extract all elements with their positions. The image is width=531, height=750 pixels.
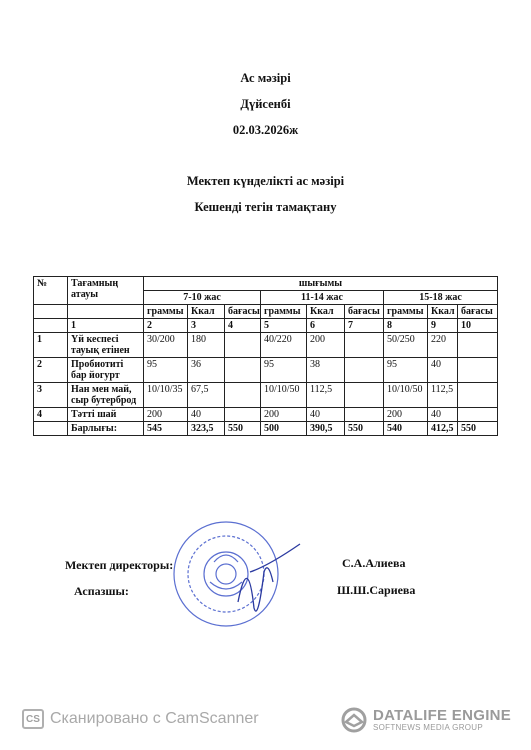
age-group-15-18: 15-18 жас <box>384 291 498 305</box>
row-value <box>345 333 384 358</box>
table-row: 4Тәтті шай200402004020040 <box>34 408 498 422</box>
row-value: 40 <box>188 408 225 422</box>
official-stamp-icon <box>168 512 306 634</box>
cook-label: Аспазшы: <box>74 584 129 599</box>
col-index: 1 <box>68 319 144 333</box>
col-name-header: Тағамның атауы <box>68 277 144 305</box>
camscanner-watermark: CS Сканировано с CamScanner <box>22 709 259 729</box>
row-value: 30/200 <box>144 333 188 358</box>
col-index: 10 <box>458 319 498 333</box>
row-value: 40/220 <box>261 333 307 358</box>
col-index: 2 <box>144 319 188 333</box>
subheader-grams: граммы <box>261 305 307 319</box>
total-value: 323,5 <box>188 422 225 436</box>
row-value <box>345 383 384 408</box>
row-value: 67,5 <box>188 383 225 408</box>
subheader-kcal: Ккал <box>307 305 345 319</box>
row-value: 180 <box>188 333 225 358</box>
row-value <box>345 358 384 383</box>
row-value: 112,5 <box>428 383 458 408</box>
camscanner-text: Сканировано с CamScanner <box>50 710 259 728</box>
row-number: 4 <box>34 408 68 422</box>
subheader-kcal: Ккал <box>188 305 225 319</box>
total-value: 390,5 <box>307 422 345 436</box>
row-value: 200 <box>261 408 307 422</box>
row-value: 95 <box>261 358 307 383</box>
col-number-header: № <box>34 277 68 305</box>
row-value: 95 <box>144 358 188 383</box>
row-value: 200 <box>384 408 428 422</box>
row-value <box>458 408 498 422</box>
col-index: 5 <box>261 319 307 333</box>
row-number: 1 <box>34 333 68 358</box>
col-index: 3 <box>188 319 225 333</box>
program-title: Кешенді тегін тамақтану <box>0 200 531 215</box>
row-value: 200 <box>307 333 345 358</box>
row-value <box>225 383 261 408</box>
row-value <box>458 358 498 383</box>
datalife-logo-icon <box>340 706 368 734</box>
datalife-title: DATALIFE ENGINE <box>373 708 511 723</box>
dish-name: Пробиотиті бар йогурт <box>68 358 144 383</box>
row-value <box>458 333 498 358</box>
document-title: Ас мәзірі <box>0 71 531 86</box>
total-row: Барлығы: 545 323,5 550 500 390,5 550 540… <box>34 422 498 436</box>
age-group-11-14: 11-14 жас <box>261 291 384 305</box>
subheader-row: граммы Ккал бағасы граммы Ккал бағасы гр… <box>34 305 498 319</box>
index-row: 1 2 3 4 5 6 7 8 9 10 <box>34 319 498 333</box>
camscanner-logo-icon: CS <box>22 709 44 729</box>
day-of-week: Дүйсенбі <box>0 97 531 112</box>
director-label: Мектеп директоры: <box>65 558 173 573</box>
row-value <box>225 408 261 422</box>
total-value: 550 <box>225 422 261 436</box>
row-value <box>225 358 261 383</box>
col-index: 9 <box>428 319 458 333</box>
dish-name: Үй кеспесі тауық етінен <box>68 333 144 358</box>
total-value: 540 <box>384 422 428 436</box>
table-row: 2Пробиотиті бар йогурт953695389540 <box>34 358 498 383</box>
total-value: 412,5 <box>428 422 458 436</box>
row-value: 40 <box>307 408 345 422</box>
age-group-7-10: 7-10 жас <box>144 291 261 305</box>
subheader-kcal: Ккал <box>428 305 458 319</box>
row-value <box>458 383 498 408</box>
total-value: 545 <box>144 422 188 436</box>
header-row-1: № Тағамның атауы шығымы <box>34 277 498 291</box>
row-value: 220 <box>428 333 458 358</box>
row-value: 10/10/50 <box>261 383 307 408</box>
col-index: 6 <box>307 319 345 333</box>
row-value: 10/10/35 <box>144 383 188 408</box>
datalife-watermark: DATALIFE ENGINE SOFTNEWS MEDIA GROUP <box>340 706 511 734</box>
dish-name: Тәтті шай <box>68 408 144 422</box>
table-row: 1Үй кеспесі тауық етінен30/20018040/2202… <box>34 333 498 358</box>
total-value: 500 <box>261 422 307 436</box>
col-output-header: шығымы <box>144 277 498 291</box>
subheader-grams: граммы <box>144 305 188 319</box>
menu-table: № Тағамның атауы шығымы 7-10 жас 11-14 ж… <box>33 276 498 436</box>
table-row: 3Нан мен май, сыр бутерброд10/10/3567,51… <box>34 383 498 408</box>
total-value: 550 <box>458 422 498 436</box>
total-value: 550 <box>345 422 384 436</box>
row-value <box>345 408 384 422</box>
row-value: 40 <box>428 408 458 422</box>
cook-name: Ш.Ш.Сариева <box>337 583 415 598</box>
total-label: Барлығы: <box>68 422 144 436</box>
director-name: С.А.Алиева <box>342 556 405 571</box>
row-value: 40 <box>428 358 458 383</box>
col-index: 4 <box>225 319 261 333</box>
row-number: 2 <box>34 358 68 383</box>
row-value: 112,5 <box>307 383 345 408</box>
subheader-grams: граммы <box>384 305 428 319</box>
menu-subtitle: Мектеп күнделікті ас мәзірі <box>0 174 531 189</box>
empty-cell <box>68 305 144 319</box>
subheader-price: бағасы <box>458 305 498 319</box>
row-value: 50/250 <box>384 333 428 358</box>
row-value: 38 <box>307 358 345 383</box>
col-index: 8 <box>384 319 428 333</box>
row-number: 3 <box>34 383 68 408</box>
subheader-price: бағасы <box>345 305 384 319</box>
empty-cell <box>34 319 68 333</box>
document-date: 02.03.2026ж <box>0 123 531 138</box>
row-value: 10/10/50 <box>384 383 428 408</box>
row-value: 36 <box>188 358 225 383</box>
row-value: 95 <box>384 358 428 383</box>
empty-cell <box>34 422 68 436</box>
dish-name: Нан мен май, сыр бутерброд <box>68 383 144 408</box>
empty-cell <box>34 305 68 319</box>
row-value: 200 <box>144 408 188 422</box>
datalife-subtitle: SOFTNEWS MEDIA GROUP <box>373 723 511 733</box>
subheader-price: бағасы <box>225 305 261 319</box>
row-value <box>225 333 261 358</box>
col-index: 7 <box>345 319 384 333</box>
